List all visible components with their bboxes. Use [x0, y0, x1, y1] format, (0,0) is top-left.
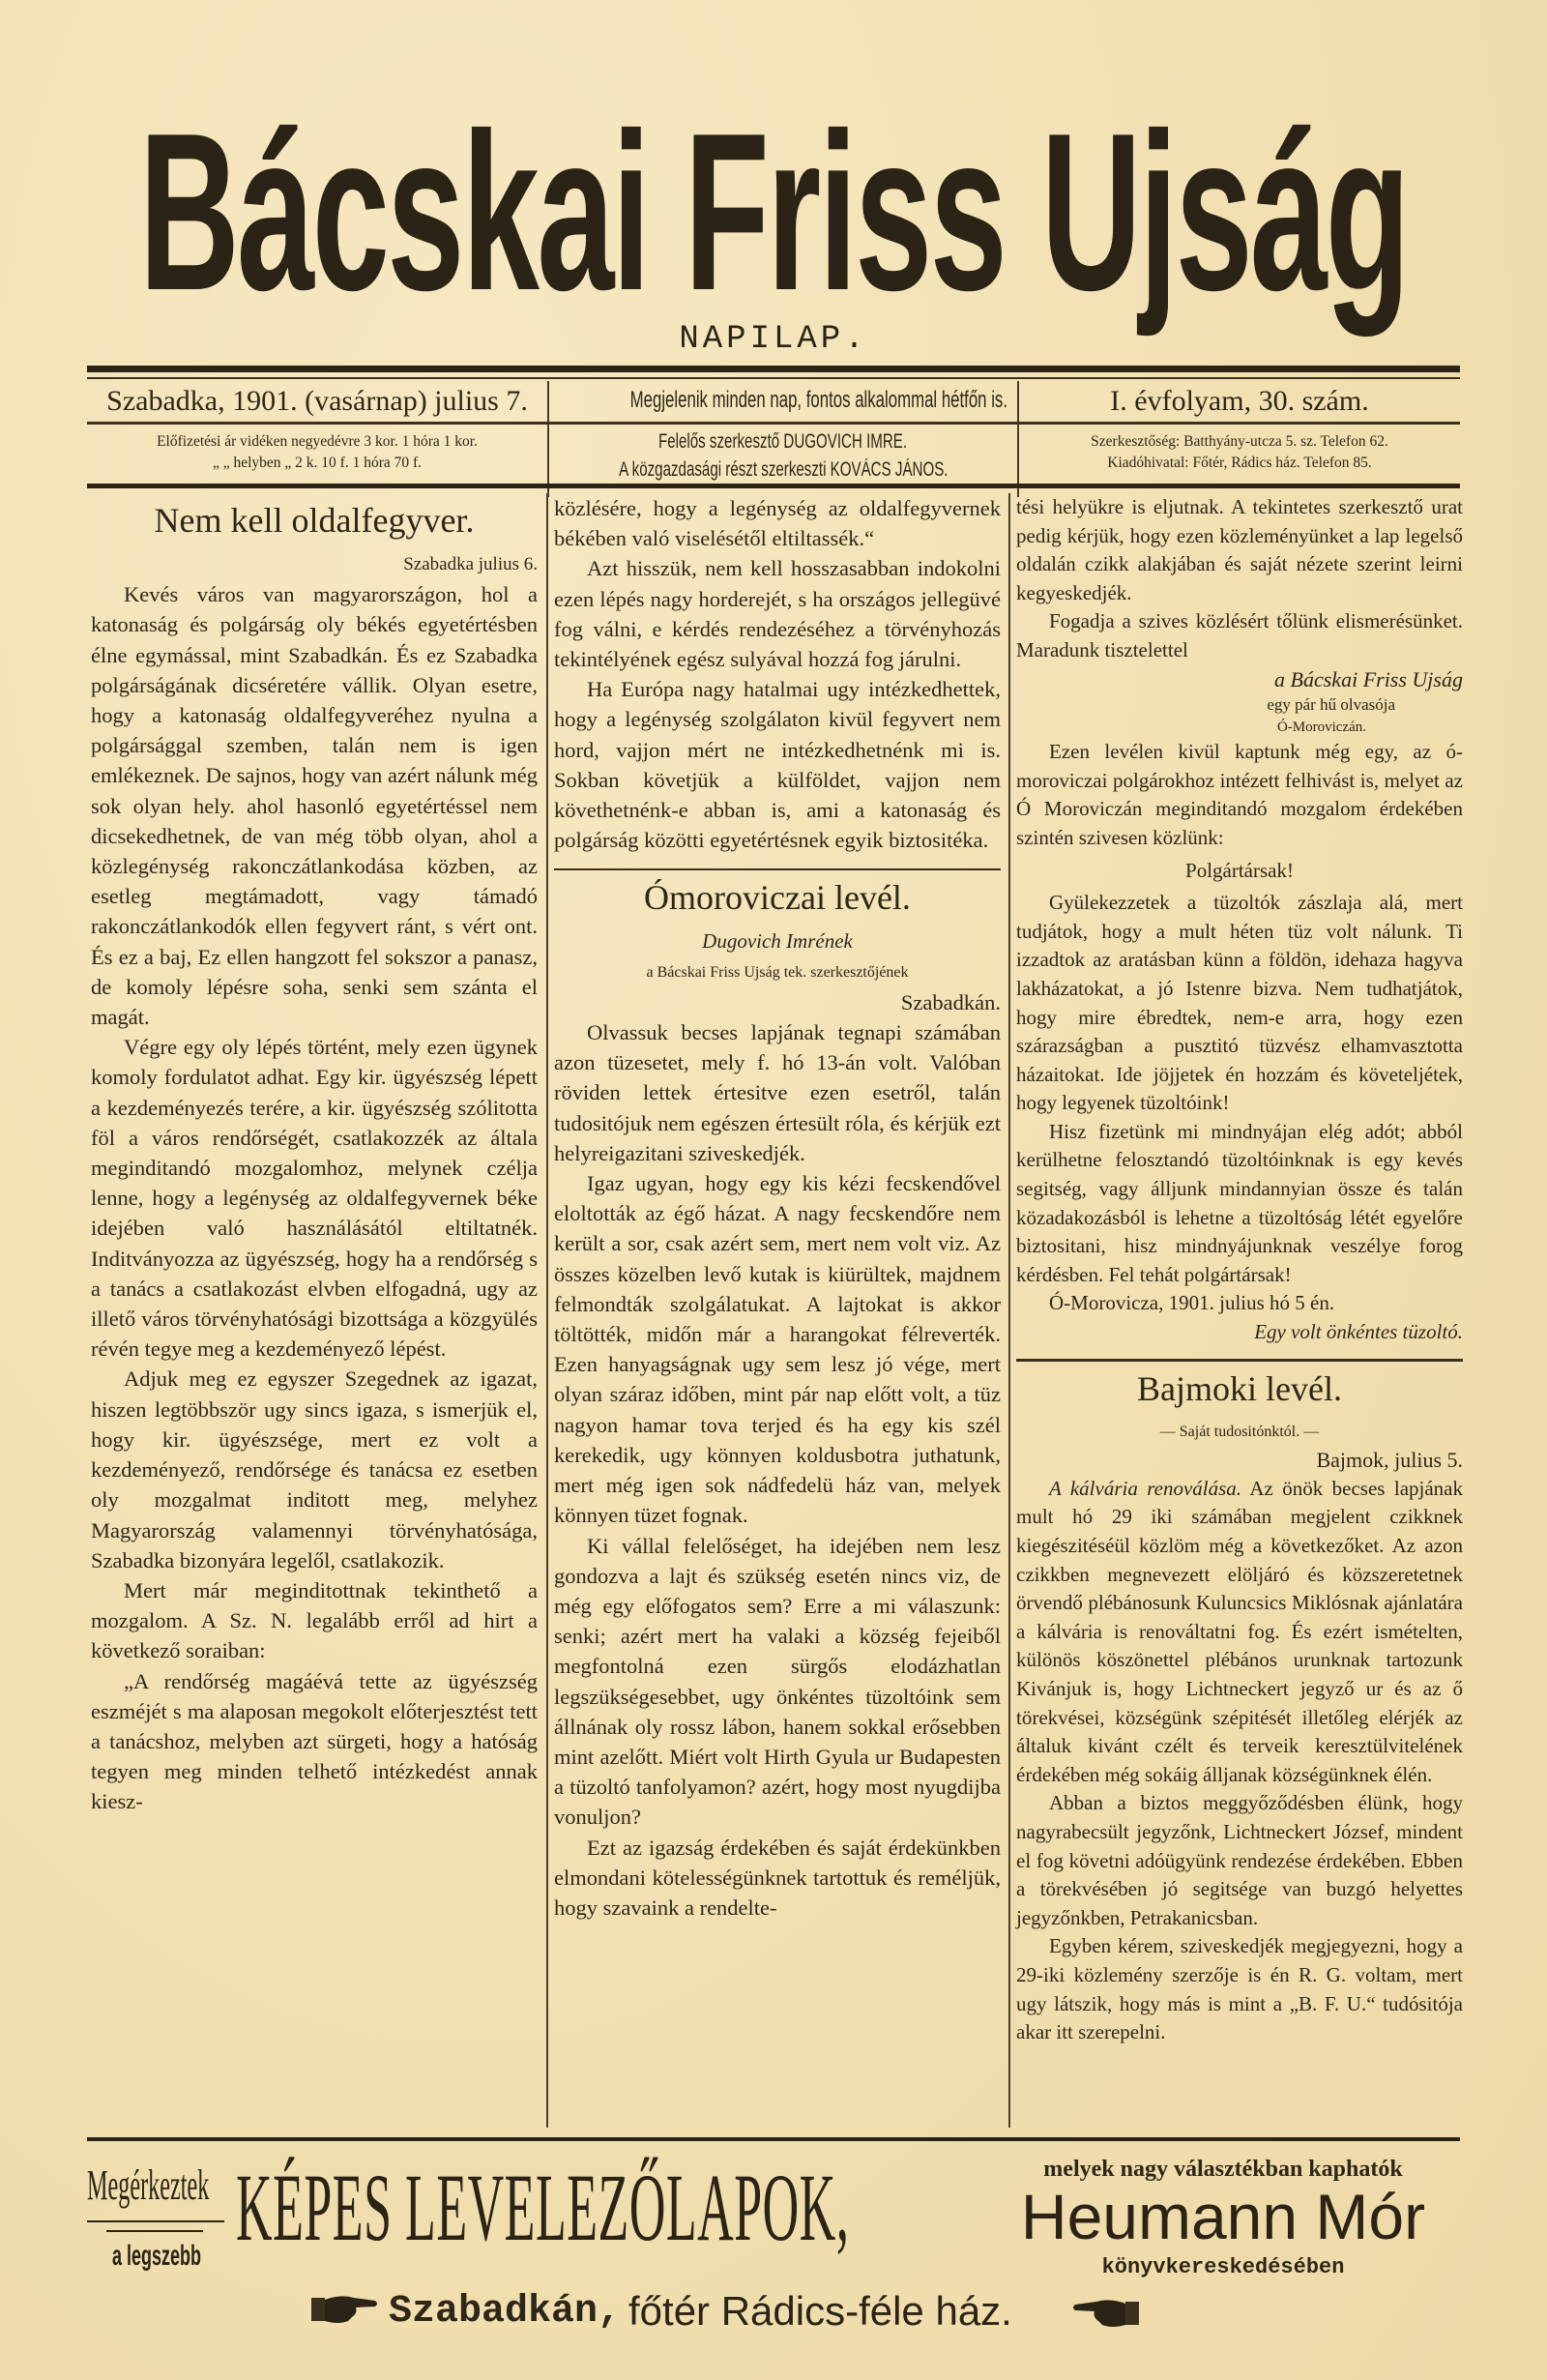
article-paragraph: Az önök becses lapjának mult hó 29 iki s… [1016, 1477, 1463, 1786]
subscription-price-local: „ „ helyben „ 2 k. 10 f. 1 hóra 70 f. [87, 453, 547, 474]
header-rule [87, 422, 1460, 425]
letter-signature-place: Ó-Moroviczán. [1016, 717, 1463, 738]
letter-signature: a Bácskai Friss Ujság [1016, 665, 1463, 694]
ad-rule [106, 2230, 203, 2232]
economic-editor: A közgazdasági részt szerkeszti KOVÁCS J… [619, 456, 948, 484]
article-separator [554, 868, 1001, 870]
article-paragraph: Hisz fizetünk mi mindnyájan elég adót; a… [1016, 1118, 1463, 1290]
column-1: Nem kell oldalfegyver. Szabadka julius 6… [91, 493, 538, 1817]
pointing-hand-right-icon [311, 2292, 379, 2325]
article-paragraph: Azt hisszük, nem kell hosszasabban indok… [554, 553, 1001, 674]
letter-addressee: Dugovich Imrének [554, 926, 1001, 956]
volume-number: I. évfolyam, 30. szám. [1019, 385, 1460, 418]
chief-editor: Felelős szerkesztő DUGOVICH IMRE. [658, 428, 907, 455]
article-paragraph: Adjuk meg ez egyszer Szegednek az igazat… [91, 1364, 538, 1574]
ad-address: főtér Rádics-féle ház. [628, 2288, 1012, 2334]
article-paragraph: Ezen levélen kivül kaptunk még egy, az ó… [1016, 738, 1463, 852]
issue-date: Szabadka, 1901. (vasárnap) julius 7. [87, 385, 547, 418]
article-paragraph: Végre egy oly lépés történt, mely ezen ü… [91, 1032, 538, 1364]
appeal-date: Ó-Morovicza, 1901. julius hó 5 én. [1016, 1289, 1463, 1318]
article-paragraph: „A rendőrség magáévá tette az ügyészség … [91, 1666, 538, 1817]
article-paragraph: Mert már meginditottnak tekinthető a moz… [91, 1575, 538, 1666]
newspaper-subtitle: NAPILAP. [87, 321, 1460, 358]
advertisement-rule [87, 2137, 1460, 2141]
article-source: — Saját tudositónktól. — [1016, 1418, 1463, 1447]
pointing-hand-left-icon [1071, 2296, 1139, 2329]
masthead: Bácskai Friss Ujság NAPILAP. [87, 97, 1460, 348]
masthead-rule-thin [87, 377, 1460, 379]
publication-note: Megjelenik minden nap, fontos alkalommal… [630, 387, 1007, 414]
column-divider [1008, 493, 1010, 2128]
ad-shop: könyvkereskedésében [1102, 2255, 1345, 2279]
ad-headline: KÉPES LEVELEZŐLAPOK, [236, 2155, 849, 2261]
article-paragraph: Olvassuk becses lapjának tegnapi számába… [554, 1017, 1001, 1168]
newspaper-title: Bácskai Friss Ujság [84, 97, 1463, 329]
column-2: közlésére, hogy a legénység az oldalfegy… [554, 493, 1001, 1923]
article-separator [1016, 1359, 1463, 1362]
article-paragraph: Egyben kérem, sziveskedjék megjegyezni, … [1016, 1932, 1463, 2046]
article-title: Nem kell oldalfegyver. [91, 499, 538, 542]
article-paragraph: Abban a biztos meggyőződésben élünk, hog… [1016, 1789, 1463, 1932]
advertisement: Megérkeztek a legszebb KÉPES LEVELEZŐLAP… [87, 2155, 1460, 2358]
article-dateline: Bajmok, julius 5. [1016, 1446, 1463, 1475]
article-paragraph: Ha Európa nagy hatalmai ugy intézkedhett… [554, 674, 1001, 855]
article-paragraph: Fogadja a szives közlésért tőlünk elisme… [1016, 607, 1463, 664]
ad-city: Szabadkán, [389, 2290, 621, 2334]
article-paragraph: Ki vállal felelőséget, ha idejében nem l… [554, 1531, 1001, 1833]
masthead-rule [87, 366, 1460, 372]
article-paragraph: Igaz ugyan, hogy egy kis kézi fecskendőv… [554, 1168, 1001, 1530]
article-paragraph: tési helyükre is eljutnak. A tekintetes … [1016, 493, 1463, 607]
letter-place: Szabadkán. [554, 987, 1001, 1017]
article-title: Bajmoki levél. [1016, 1367, 1463, 1410]
article-paragraph: Kevés város van magyarországon, hol a ka… [91, 579, 538, 1032]
article-lead: A kálvária renoválása. [1049, 1477, 1241, 1500]
appeal-heading: Polgártársak! [1016, 857, 1463, 886]
letter-addressee-role: a Bácskai Friss Ujság tek. szerkesztőjén… [554, 957, 1001, 987]
ad-merchant: Heumann Mór [1021, 2181, 1425, 2252]
appeal-signature: Egy volt önkéntes tüzoltó. [1016, 1318, 1463, 1347]
header-bottom-rule [87, 484, 1460, 488]
article-paragraph: Ezt az igazság érdekében és saját érdekü… [554, 1833, 1001, 1924]
column-divider [546, 493, 548, 2128]
article-paragraph: Gyülekezzetek a tüzoltók zászlaja alá, m… [1016, 889, 1463, 1118]
ad-rule [87, 2220, 224, 2222]
column-3: tési helyükre is eljutnak. A tekintetes … [1016, 493, 1463, 2047]
article-dateline: Szabadka julius 6. [91, 549, 538, 579]
letter-signature-line: egy pár hű olvasója [1016, 693, 1463, 717]
article-title: Ómoroviczai levél. [554, 876, 1001, 919]
editorial-office: Szerkesztőség: Batthyány-utcza 5. sz. Te… [1019, 431, 1460, 453]
ad-available: melyek nagy választékban kaphatók [1043, 2157, 1402, 2182]
ad-arrived: Megérkeztek [87, 2160, 209, 2210]
ad-finest: a legszebb [112, 2240, 201, 2273]
article-paragraph: közlésére, hogy a legénység az oldalfegy… [554, 493, 1001, 553]
subscription-price-regional: Előfizetési ár vidéken negyedévre 3 kor.… [87, 431, 547, 453]
publishing-office: Kiadóhivatal: Főtér, Rádics ház. Telefon… [1019, 453, 1460, 474]
